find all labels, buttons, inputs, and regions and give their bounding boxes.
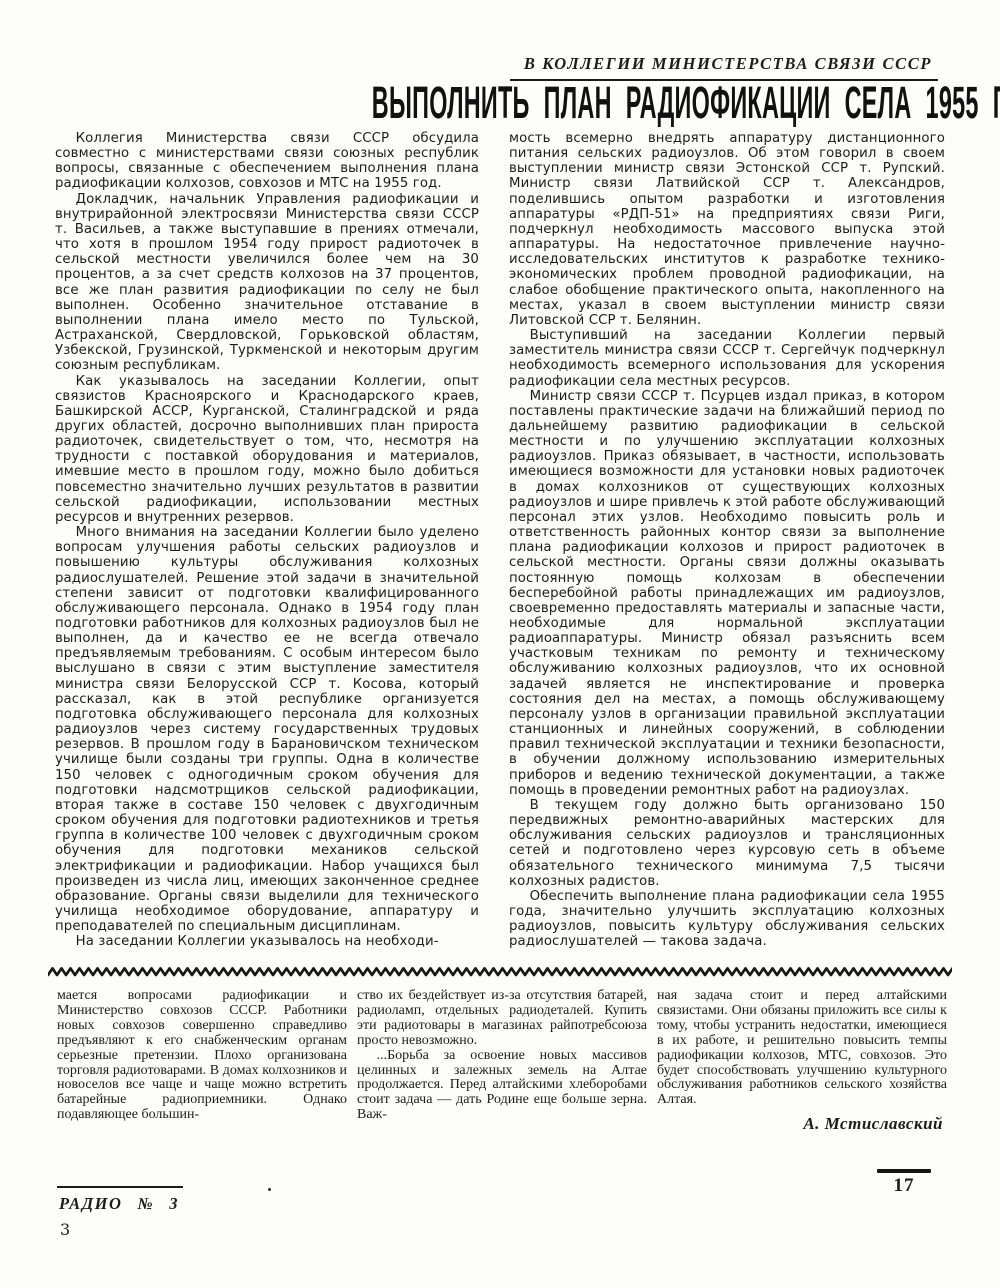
print-speck — [268, 1188, 271, 1191]
continued-article: мается вопросами радиофикации и Министер… — [57, 989, 949, 1167]
author-signature: А. Мстиславский — [657, 1117, 947, 1132]
article-column-right: мость всемерно внедрять аппаратуру диста… — [509, 131, 945, 965]
continued-column-3-text: ная задача стоит и перед алтайскими связ… — [657, 989, 947, 1108]
paragraph: В текущем году должно быть организовано … — [509, 798, 945, 889]
paragraph: ...Борьба за освоение новых массивов цел… — [357, 1049, 647, 1124]
wavy-divider — [48, 966, 952, 978]
paragraph: Коллегия Министерства связи СССР обсудил… — [55, 131, 479, 192]
paragraph: ство их бездействует из-за отсутствия ба… — [357, 989, 647, 1049]
paragraph: Как указывалось на заседании Коллегии, о… — [55, 374, 479, 526]
page-number: 17 — [877, 1175, 931, 1197]
paragraph: мость всемерно внедрять аппаратуру диста… — [509, 131, 945, 328]
paragraph: Министр связи СССР т. Псурцев издал прик… — [509, 389, 945, 798]
continued-column-2: ство их бездействует из-за отсутствия ба… — [357, 989, 647, 1167]
magazine-page: В КОЛЛЕГИИ МИНИСТЕРСТВА СВЯЗИСССР ВЫПОЛН… — [0, 0, 1000, 1288]
journal-issue-sign: № — [138, 1194, 155, 1214]
continued-column-3: ная задача стоит и перед алтайскими связ… — [657, 989, 947, 1167]
paragraph: ная задача стоит и перед алтайскими связ… — [657, 989, 947, 1108]
journal-footline: РАДИО № 3 — [57, 1186, 183, 1214]
page-number-rule — [877, 1169, 931, 1173]
article-title-text: ВЫПОЛНИТЬ ПЛАН РАДИОФИКАЦИИ СЕЛА 1955 ГО… — [372, 82, 1000, 124]
article-title: ВЫПОЛНИТЬ ПЛАН РАДИОФИКАЦИИ СЕЛА 1955 ГО… — [55, 82, 945, 124]
page-number-block: 17 — [877, 1169, 931, 1197]
continued-column-1: мается вопросами радиофикации и Министер… — [57, 989, 347, 1167]
paragraph: Много внимания на заседании Коллегии был… — [55, 525, 479, 934]
paragraph: Выступивший на заседании Коллегии первый… — [509, 328, 945, 389]
paragraph: На заседании Коллегии указывалось на нео… — [55, 934, 479, 949]
paragraph: мается вопросами радиофикации и Министер… — [57, 989, 347, 1123]
imprint-signature-mark: 3 — [60, 1220, 70, 1239]
article-body: Коллегия Министерства связи СССР обсудил… — [55, 131, 945, 965]
paragraph: Докладчик, начальник Управления радиофик… — [55, 192, 479, 374]
article-column-left: Коллегия Министерства связи СССР обсудил… — [55, 131, 479, 965]
section-heading-emphasis: СССР — [883, 54, 933, 73]
journal-name: РАДИО — [59, 1194, 122, 1214]
print-speck — [806, 148, 808, 150]
journal-issue-number: 3 — [169, 1194, 179, 1214]
paragraph: Обеспечить выполнение плана радиофикации… — [509, 889, 945, 950]
section-heading-text: В КОЛЛЕГИИ МИНИСТЕРСТВА СВЯЗИ — [524, 54, 877, 73]
